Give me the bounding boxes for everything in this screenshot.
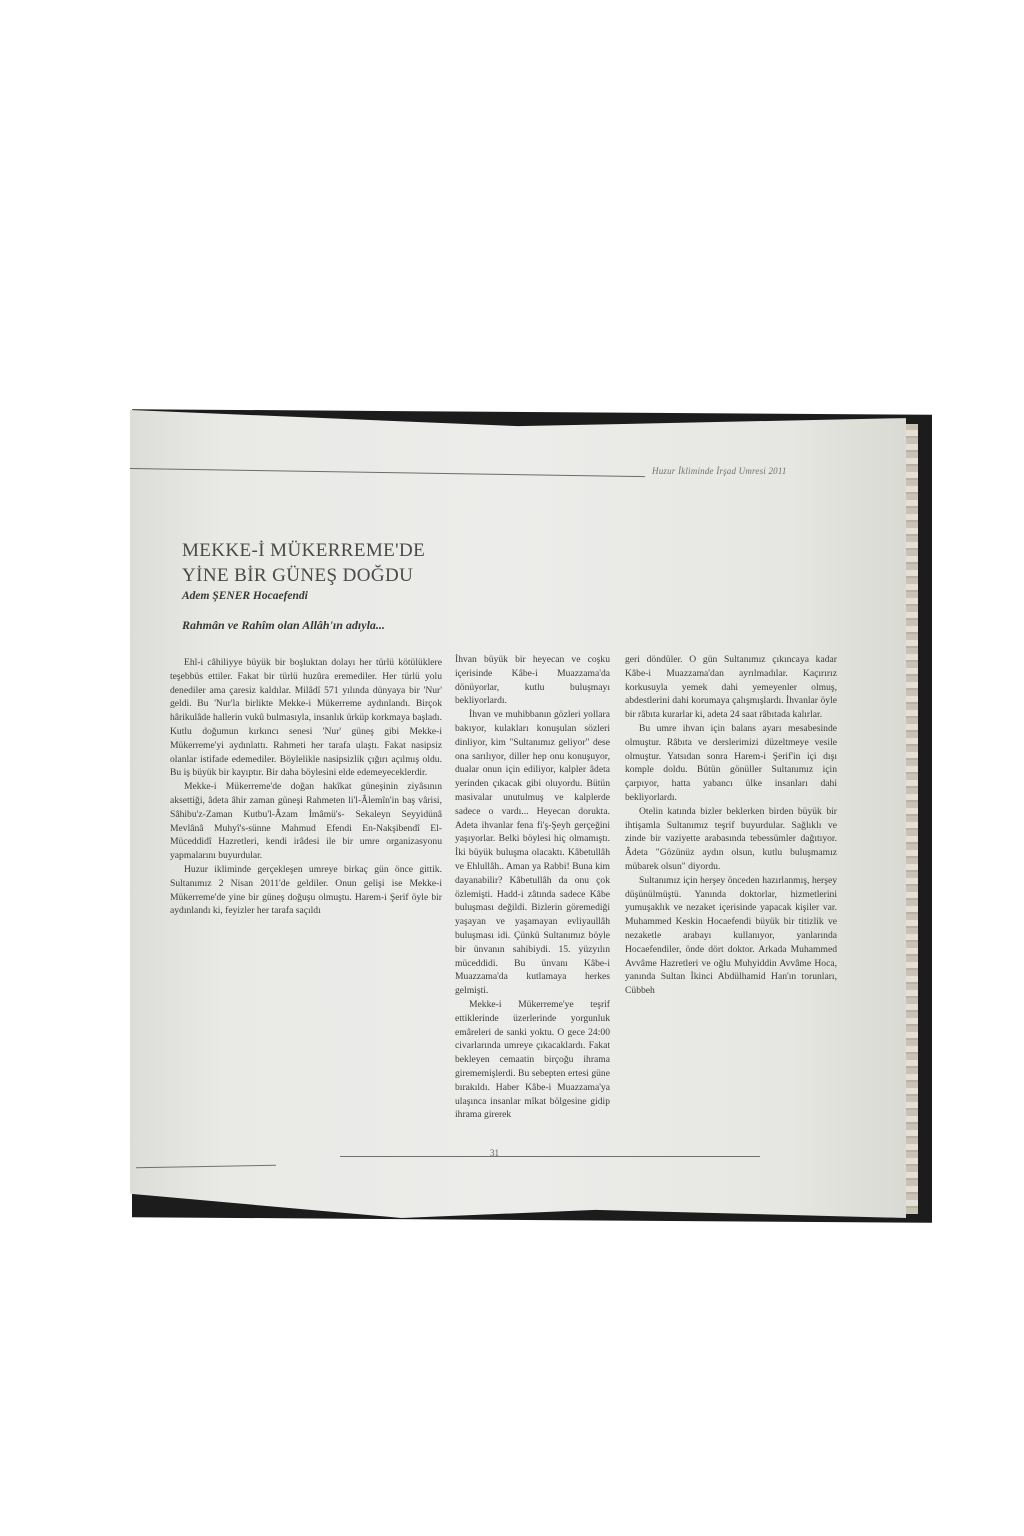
title-line-1: MEKKE-İ MÜKERREME'DE <box>182 540 425 561</box>
opening-line: Rahmân ve Rahîm olan Allâh'ın adıyla... <box>182 618 385 633</box>
column-3: geri döndüler. O gün Sultanımız çıkıncay… <box>625 653 837 998</box>
column-2: İhvan büyük bir heyecan ve coşku içerisi… <box>455 653 610 1122</box>
paragraph: Bu umre ihvan için balans ayarı mesabesi… <box>625 722 837 805</box>
paragraph: İhvan ve muhibbanın gözleri yollara bakı… <box>455 708 610 998</box>
running-head: Huzur İkliminde İrşad Umresi 2011 <box>652 466 787 476</box>
paragraph: geri döndüler. O gün Sultanımız çıkıncay… <box>625 653 837 722</box>
author-byline: Adem ŞENER Hocaefendi <box>182 590 308 602</box>
paragraph: Otelin katında bizler beklerken birden b… <box>625 805 837 874</box>
paragraph: Huzur ikliminde gerçekleşen umreye birka… <box>170 863 442 918</box>
paragraph: Sultanımız için herşey önceden hazırlanm… <box>625 874 837 998</box>
footer-rule <box>340 1156 760 1157</box>
page-edges <box>906 424 918 1214</box>
article-title: MEKKE-İ MÜKERREME'DE YİNE BİR GÜNEŞ DOĞD… <box>182 538 425 588</box>
column-1: Ehl-i câhiliyye büyük bir boşluktan dola… <box>170 656 442 918</box>
paragraph: İhvan büyük bir heyecan ve coşku içerisi… <box>455 653 610 708</box>
paragraph: Ehl-i câhiliyye büyük bir boşluktan dola… <box>170 656 442 780</box>
title-line-2: YİNE BİR GÜNEŞ DOĞDU <box>182 565 413 586</box>
page-number: 31 <box>490 1148 499 1158</box>
paragraph: Mekke-i Mükerreme'ye teşrif ettiklerinde… <box>455 998 610 1122</box>
paragraph: Mekke-i Mükerreme'de doğan hakîkat güneş… <box>170 780 442 863</box>
